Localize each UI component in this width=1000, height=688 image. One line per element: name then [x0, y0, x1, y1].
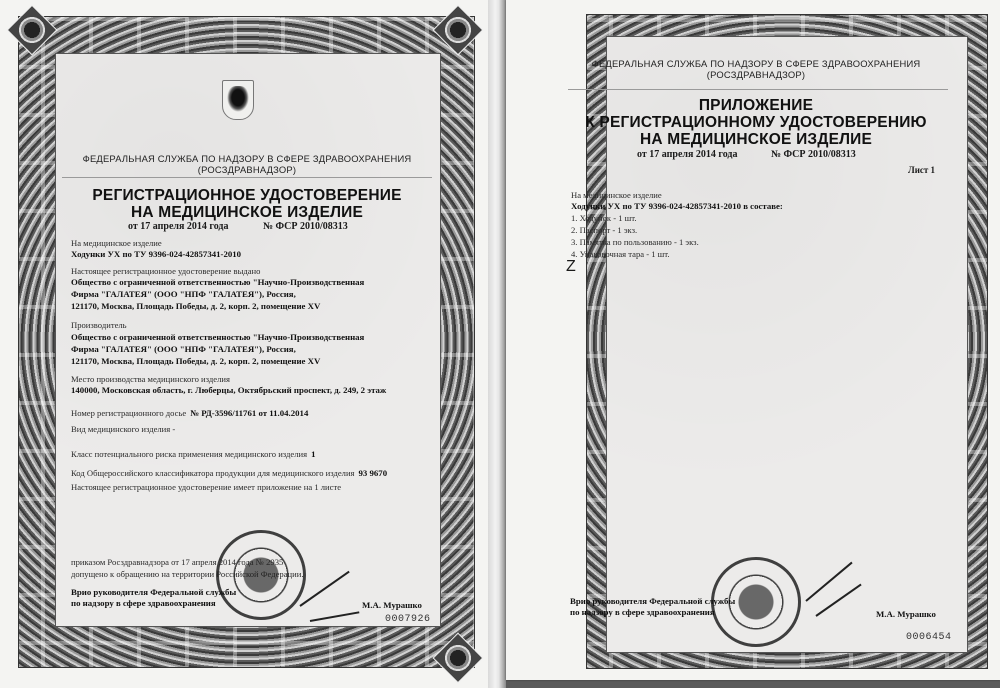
agency-name: ФЕДЕРАЛЬНАЯ СЛУЖБА ПО НАДЗОРУ В СФЕРЕ ЗД… [55, 153, 439, 164]
component-item: 2. Паспорт - 1 экз. [571, 225, 637, 235]
agency-abbr: (РОСЗДРАВНАДЗОР) [55, 164, 439, 175]
coat-of-arms-icon [222, 80, 254, 120]
divider [568, 89, 948, 90]
appendix-note: Настоящее регистрационное удостоверение … [71, 482, 341, 492]
okp-code-value: 93 9670 [359, 468, 388, 478]
issue-date: от 17 апреля 2014 года [128, 221, 229, 232]
component-item: 3. Памятка по пользованию - 1 экз. [571, 237, 699, 247]
manufacturer-label: Производитель [71, 320, 127, 330]
device-value: Ходунки УХ по ТУ 9396-024-42857341-2010 [71, 249, 241, 259]
signer-title: Врио руководителя Федеральной службы [71, 587, 236, 597]
dossier-row: Номер регистрационного досье № РД-3596/1… [71, 403, 308, 421]
issued-to-line: 121170, Москва, Площадь Победы, д. 2, ко… [71, 301, 320, 311]
device-label: На медицинское изделие [571, 190, 662, 200]
document-subtitle: К РЕГИСТРАЦИОННОМУ УДОСТОВЕРЕНИЮ [546, 114, 966, 132]
risk-class-label: Класс потенциального риска применения ме… [71, 449, 307, 459]
manufacturer-line: Общество с ограниченной ответственностью… [71, 332, 364, 342]
production-place-value: 140000, Московская область, г. Люберцы, … [71, 385, 386, 395]
sheet-number: Лист 1 [908, 165, 935, 175]
agency-abbr: (РОСЗДРАВНАДЗОР) [546, 69, 966, 80]
device-kind-label: Вид медицинского изделия - [71, 424, 175, 434]
manufacturer-line: Фирма "ГАЛАТЕЯ" (ООО "НПФ "ГАЛАТЕЯ"), Ро… [71, 344, 296, 354]
signer-name: М.А. Мурашко [876, 609, 936, 619]
serial-number: 0007926 [385, 614, 431, 625]
document-subtitle: НА МЕДИЦИНСКОЕ ИЗДЕЛИЕ [546, 131, 966, 149]
manufacturer-line: 121170, Москва, Площадь Победы, д. 2, ко… [71, 356, 320, 366]
dossier-value: № РД-3596/11761 от 11.04.2014 [190, 408, 308, 418]
issued-to-label: Настоящее регистрационное удостоверение … [71, 266, 260, 276]
z-mark: Z [566, 258, 576, 276]
certificate-number: № ФСР 2010/08313 [771, 149, 856, 160]
device-value: Ходунки УХ по ТУ 9396-024-42857341-2010 … [571, 201, 783, 211]
document-title: РЕГИСТРАЦИОННОЕ УДОСТОВЕРЕНИЕ [55, 187, 439, 205]
document-title: ПРИЛОЖЕНИЕ [546, 97, 966, 115]
signer-title: по надзору в сфере здравоохранения [71, 598, 216, 608]
signer-title: Врио руководителя Федеральной службы [570, 596, 735, 606]
page-gap [488, 0, 506, 688]
document-subtitle: НА МЕДИЦИНСКОЕ ИЗДЕЛИЕ [55, 204, 439, 222]
issued-to-line: Общество с ограниченной ответственностью… [71, 277, 364, 287]
component-item: 4. Упаковочная тара - 1 шт. [571, 249, 670, 259]
issue-date: от 17 апреля 2014 года [637, 149, 738, 160]
production-place-label: Место производства медицинского изделия [71, 374, 230, 384]
dossier-label: Номер регистрационного досье [71, 408, 186, 418]
signer-name: М.А. Мурашко [362, 600, 422, 610]
serial-number: 0006454 [906, 632, 952, 643]
signer-title: по надзору в сфере здравоохранения [570, 607, 715, 617]
certificate-page: ФЕДЕРАЛЬНАЯ СЛУЖБА ПО НАДЗОРУ В СФЕРЕ ЗД… [0, 0, 488, 688]
appendix-page: ФЕДЕРАЛЬНАЯ СЛУЖБА ПО НАДЗОРУ В СФЕРЕ ЗД… [506, 0, 1000, 680]
okp-code-row: Код Общероссийского классификатора проду… [71, 463, 387, 481]
issued-to-line: Фирма "ГАЛАТЕЯ" (ООО "НПФ "ГАЛАТЕЯ"), Ро… [71, 289, 296, 299]
risk-class-value: 1 [311, 449, 315, 459]
agency-name: ФЕДЕРАЛЬНАЯ СЛУЖБА ПО НАДЗОРУ В СФЕРЕ ЗД… [546, 58, 966, 69]
divider [62, 177, 432, 178]
device-label: На медицинское изделие [71, 238, 162, 248]
risk-class-row: Класс потенциального риска применения ме… [71, 444, 315, 462]
component-item: 1. Ходунок - 1 шт. [571, 213, 637, 223]
official-seal-icon [216, 530, 306, 620]
okp-code-label: Код Общероссийского классификатора проду… [71, 468, 355, 478]
certificate-number: № ФСР 2010/08313 [263, 221, 348, 232]
